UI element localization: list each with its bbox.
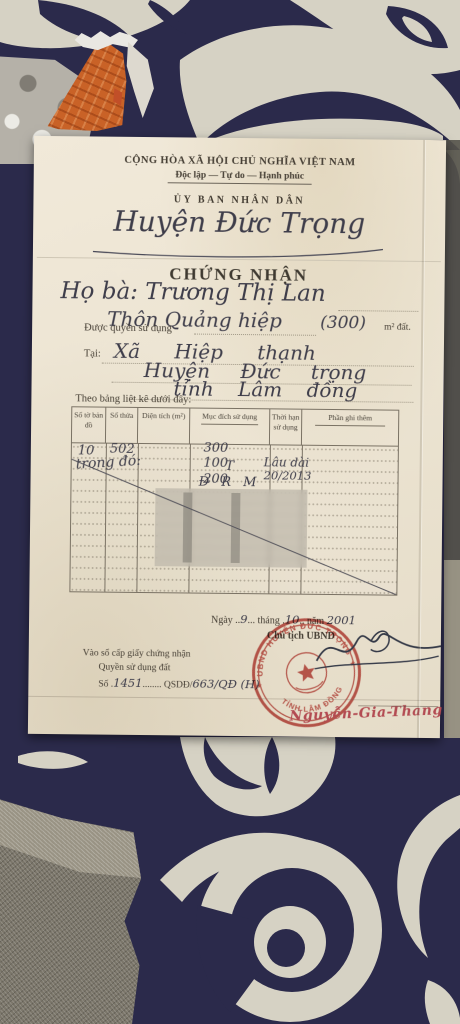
registry-dots: ........ [142,680,161,690]
header-text: Mục đích sử dụng [202,412,257,422]
right-strip-light [444,560,460,738]
table-strikethrough-line [70,443,400,594]
header-text: Diện tích (m²) [142,411,185,420]
signature-ink [312,611,445,682]
table-header-parcel: Số thửa [106,408,138,443]
holder-name-handwritten: Họ bà: Trương Thị Lan [60,278,325,307]
table-intro: Theo bảng liệt kê dưới đây: [75,393,191,405]
table-header-area: Diện tích (m²) [138,408,190,444]
table-header-map-sheet: Số tờ bản đồ [72,407,106,442]
registry-no-handwritten: 1451 [113,676,142,690]
header-text: Số thửa [110,411,133,420]
at-label: Tại: [84,348,101,359]
table-header-term: Thời hạn sử dụng [270,409,302,444]
registry-code-label: QSDĐ/ [164,680,193,690]
header-rule [201,423,258,425]
registry-line-2: Quyền sử dụng đất [99,663,171,674]
registry-line-1: Vào sổ cấp giấy chứng nhận [83,648,191,659]
photo-scene: CỘNG HÒA XÃ HỘI CHỦ NGHĨA VIỆT NAM Độc l… [0,0,460,1024]
national-header: CỘNG HÒA XÃ HỘI CHỦ NGHĨA VIỆT NAM [34,154,446,169]
header-text: Số tờ bản đồ [74,410,103,429]
national-motto-text: Độc lập — Tự do — Hạnh phúc [167,170,312,185]
header-text: Phần ghi thêm [328,413,372,422]
national-motto: Độc lập — Tự do — Hạnh phúc [34,169,446,186]
grant-label: Được quyền sử dụng [84,322,172,334]
date-prefix: Ngày .. [211,615,240,626]
certificate-document: CỘNG HÒA XÃ HỘI CHỦ NGHĨA VIỆT NAM Độc l… [28,136,446,738]
dotted-line-1 [338,310,418,312]
land-parcel-table: Số tờ bản đồ Số thửa Diện tích (m²) Mục … [69,406,399,595]
header-text: Thời hạn sử dụng [272,412,300,431]
table-header-notes: Phần ghi thêm [302,410,398,446]
header-rule [316,425,385,427]
registry-no-label: Số . [98,680,113,690]
registry-line-3: Số .1451........ QSDĐ/663/QĐ (H) [98,676,259,692]
table-header-purpose: Mục đích sử dụng [190,409,270,445]
area-value-handwritten: (300) [320,313,366,333]
paper-crease-horizontal [28,696,440,701]
stamp-star-left: ★ [255,681,263,690]
dotted-line-2 [194,334,316,336]
issuer-handwritten: Huyện Đức Trọng [33,204,445,241]
table-body: 10 502 trong đó: 300 100 200 T Đ R M Lâu… [70,443,398,594]
stamp-wheat [296,681,324,692]
location-province-handwritten: tỉnh Lâm đồng [173,376,357,402]
date-day-handwritten: 9 [240,612,247,626]
area-unit: m² đất. [384,323,411,333]
